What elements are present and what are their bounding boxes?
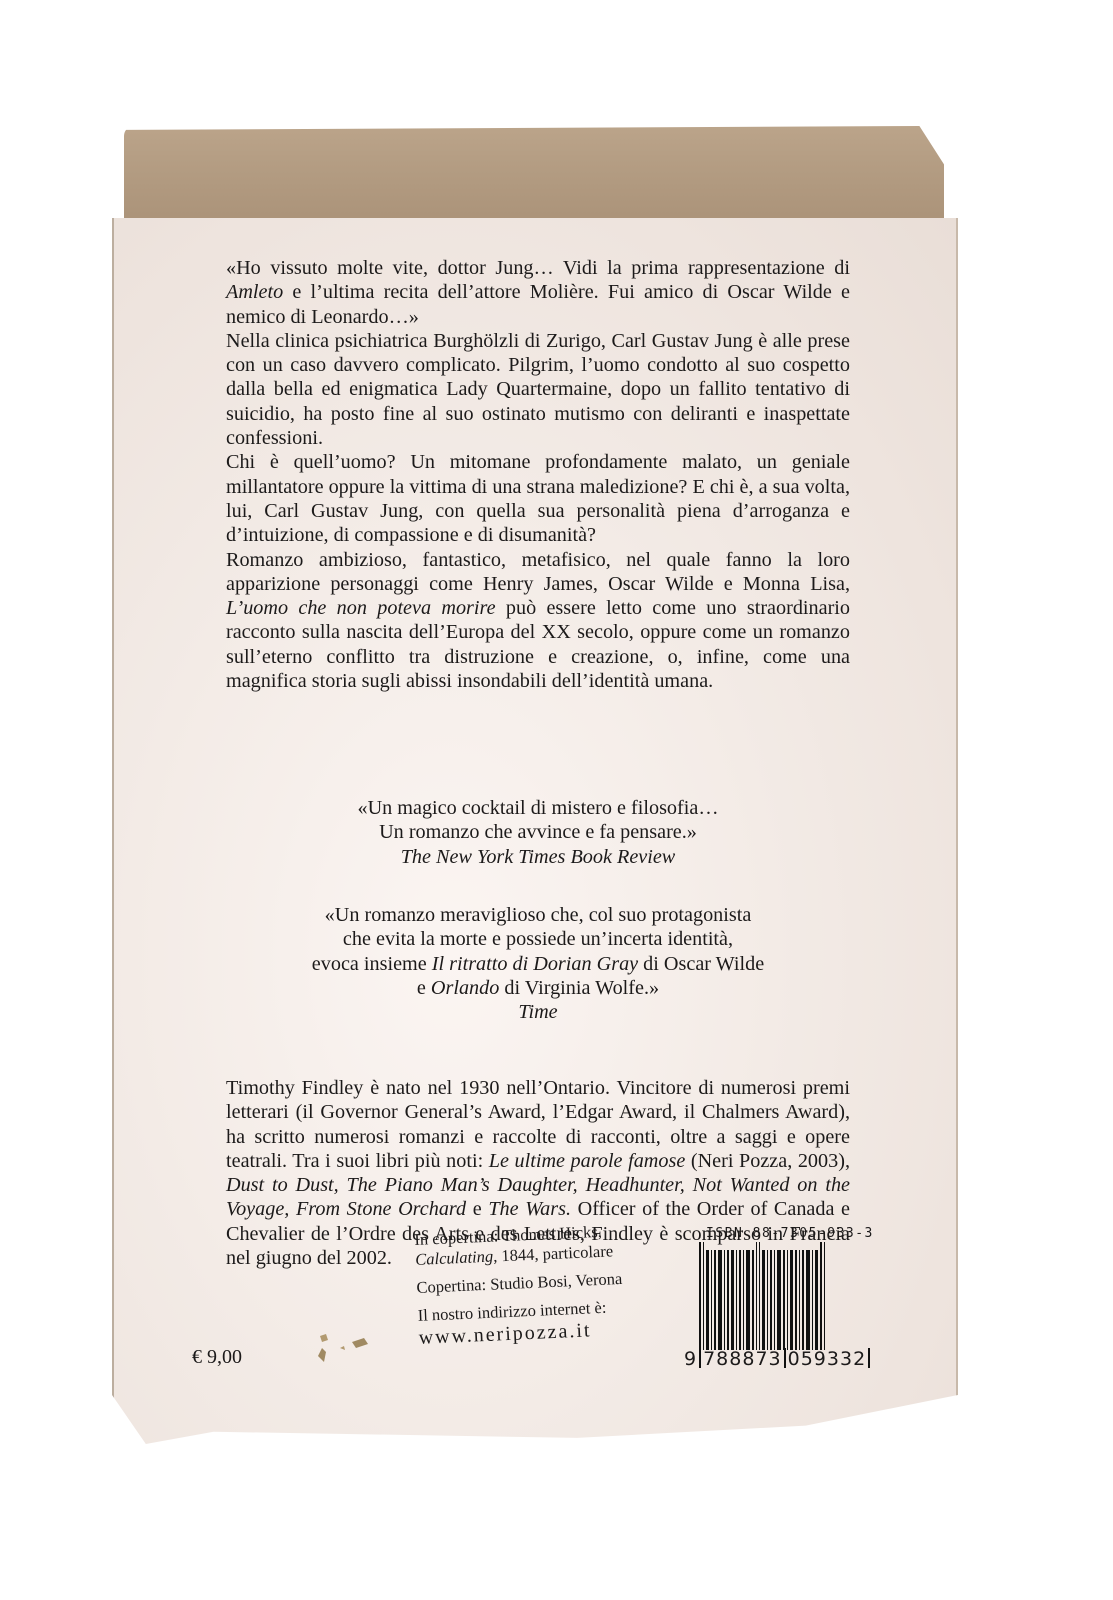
book-title: L’uomo che non poteva morire [226, 597, 496, 619]
barcode-digits: 9788873059332 [684, 1348, 872, 1370]
hamlet-title: Amleto [226, 281, 283, 303]
synopsis-paragraph-2: Chi è quell’uomo? Un mitomane profondame… [226, 450, 850, 547]
cover-paper: «Ho vissuto molte vite, dottor Jung… Vid… [112, 218, 958, 1444]
review-source: Time [226, 1000, 850, 1024]
synopsis-paragraph-1: Nella clinica psichiatrica Burghölzli di… [226, 329, 850, 450]
review-source: The New York Times Book Review [226, 845, 850, 869]
book-back-cover: «Ho vissuto molte vite, dottor Jung… Vid… [112, 126, 954, 1444]
book-top-edge [124, 126, 944, 222]
price-label: € 9,00 [192, 1346, 242, 1369]
review-nyt: «Un magico cocktail di mistero e filosof… [226, 796, 850, 869]
review-time: «Un romanzo meraviglioso che, col suo pr… [226, 903, 850, 1024]
isbn-label: ISBN 88-7305-933-3 [706, 1226, 874, 1241]
barcode [699, 1250, 879, 1350]
synopsis-paragraph-3: Romanzo ambizioso, fantastico, metafisic… [226, 548, 850, 694]
cover-credits: In copertina: Thomas Hicks,Calculating, … [414, 1219, 669, 1356]
synopsis: «Ho vissuto molte vite, dottor Jung… Vid… [226, 256, 850, 693]
opening-quote: «Ho vissuto molte vite, dottor Jung… Vid… [226, 256, 850, 329]
stain-mark [312, 1326, 392, 1366]
cover-design-credit: Copertina: Studio Bosi, Verona [416, 1267, 667, 1298]
